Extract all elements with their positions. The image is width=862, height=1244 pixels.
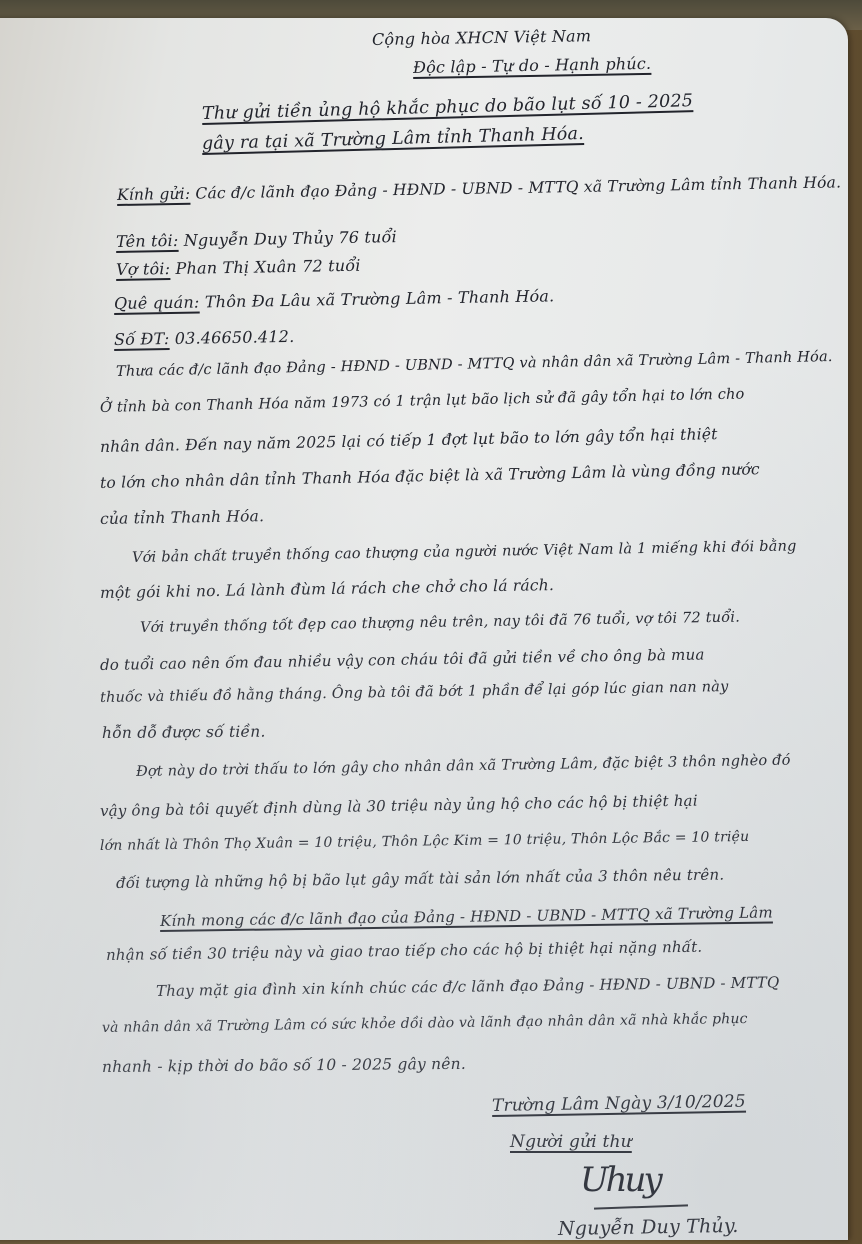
letter-title-line1: Thư gửi tiền ủng hộ khắc phục do bão lụt… [202, 91, 694, 124]
hometown-line: Quê quán: Thôn Đa Lâu xã Trường Lâm - Th… [114, 286, 555, 313]
body-line-1: Thưa các đ/c lãnh đạo Đảng - HĐND - UBND… [116, 349, 833, 380]
body-line-4: to lớn cho nhân dân tỉnh Thanh Hóa đặc b… [100, 460, 760, 492]
body-line-18: Thay mặt gia đình xin kính chúc các đ/c … [156, 973, 780, 1000]
body-line-12: Đợt này do trời thấu to lớn gây cho nhân… [136, 753, 791, 780]
body-line-15: đối tượng là những hộ bị bão lụt gây mất… [116, 866, 725, 892]
body-line-11: hỗn dỗ được số tiền. [102, 723, 266, 742]
body-line-9: do tuổi cao nên ốm đau nhiều vậy con chá… [100, 645, 705, 674]
sender-name-label: Tên tôi: [116, 231, 179, 251]
signature-underline [594, 1204, 688, 1209]
phone-label: Số ĐT: [114, 329, 170, 349]
phone-value: 03.46650.412. [175, 327, 295, 348]
signer-name: Nguyễn Duy Thủy. [558, 1215, 739, 1240]
recipient-value: Các đ/c lãnh đạo Đảng - HĐND - UBND - MT… [195, 173, 841, 202]
body-line-6: Với bản chất truyền thống cao thượng của… [132, 538, 797, 566]
spouse-name-line: Vợ tôi: Phan Thị Xuân 72 tuổi [116, 256, 361, 279]
recipient-line: Kính gửi: Các đ/c lãnh đạo Đảng - HĐND -… [117, 173, 841, 204]
sender-name-value: Nguyễn Duy Thủy 76 tuổi [184, 227, 397, 250]
phone-line: Số ĐT: 03.46650.412. [114, 327, 295, 349]
body-line-17: nhận số tiền 30 triệu này và giao trao t… [106, 938, 703, 964]
spouse-name-label: Vợ tôi: [116, 259, 171, 279]
body-line-16: Kính mong các đ/c lãnh đạo của Đảng - HĐ… [160, 903, 773, 930]
body-line-2: Ở tỉnh bà con Thanh Hóa năm 1973 có 1 tr… [100, 387, 745, 416]
body-line-10: thuốc và thiếu đồ hằng tháng. Ông bà tôi… [100, 679, 729, 706]
body-line-20: nhanh - kịp thời do bão số 10 - 2025 gây… [102, 1055, 466, 1076]
national-motto-line1: Cộng hòa XHCN Việt Nam [372, 26, 592, 49]
sender-name-line: Tên tôi: Nguyễn Duy Thủy 76 tuổi [116, 227, 397, 251]
body-line-3: nhân dân. Đến nay năm 2025 lại có tiếp 1… [100, 425, 718, 456]
hometown-value: Thôn Đa Lâu xã Trường Lâm - Thanh Hóa. [205, 286, 555, 311]
place-date: Trường Lâm Ngày 3/10/2025 [492, 1092, 746, 1116]
body-line-7: một gói khi no. Lá lành đùm lá rách che … [100, 576, 554, 602]
body-line-19: và nhân dân xã Trường Lâm có sức khỏe dồ… [102, 1011, 748, 1036]
national-motto-line2: Độc lập - Tự do - Hạnh phúc. [413, 54, 652, 77]
body-line-5: của tỉnh Thanh Hóa. [100, 507, 264, 528]
body-line-14: lớn nhất là Thôn Thọ Xuân = 10 triệu, Th… [100, 829, 750, 854]
letter-title-line2: gây ra tại xã Trường Lâm tỉnh Thanh Hóa. [202, 124, 584, 154]
spouse-name-value: Phan Thị Xuân 72 tuổi [175, 256, 360, 278]
signature: Uhuy [580, 1160, 660, 1200]
body-line-8: Với truyền thống tốt đẹp cao thượng nêu … [140, 610, 740, 636]
body-line-13: vậy ông bà tôi quyết định dùng là 30 tri… [100, 792, 698, 820]
sender-label: Người gửi thư [510, 1132, 632, 1152]
hometown-label: Quê quán: [114, 293, 200, 313]
recipient-label: Kính gửi: [117, 185, 191, 204]
letter-paper: Cộng hòa XHCN Việt Nam Độc lập - Tự do -… [0, 18, 848, 1240]
